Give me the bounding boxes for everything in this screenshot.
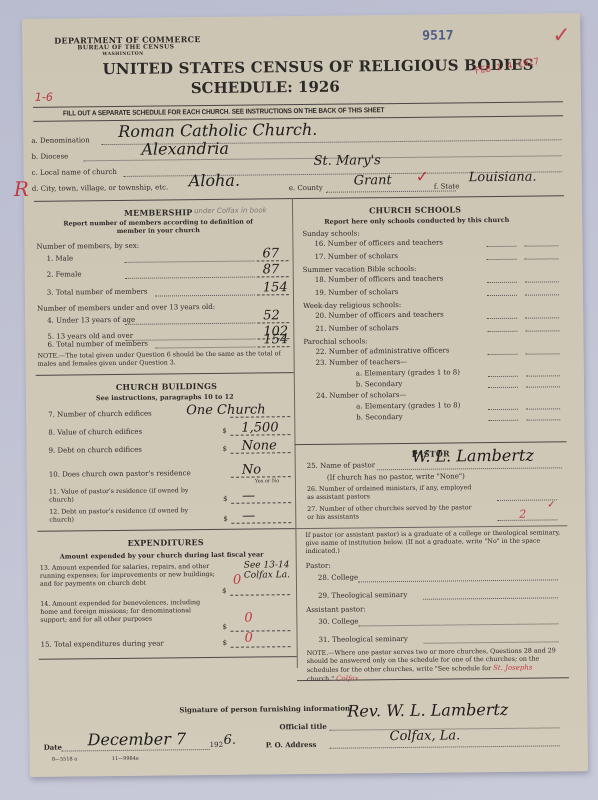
membership-row-label: 6. Total number of members: [47, 340, 148, 349]
buildings-rule: [37, 528, 295, 532]
building-row-label: 7. Number of church edifices: [48, 410, 152, 419]
county-label: e. County: [289, 184, 323, 192]
po-address-line: [330, 745, 560, 748]
school-group-label: Week-day religious schools:: [303, 301, 401, 310]
membership-row-value[interactable]: 52: [263, 308, 280, 323]
expenditure-14-field[interactable]: 0: [244, 611, 252, 626]
membership-heading: MEMBERSHIP: [124, 207, 193, 218]
serial-number: 9517: [422, 28, 453, 43]
school-field-1[interactable]: [487, 331, 517, 332]
membership-row-label: 3. Total number of members: [47, 288, 148, 297]
other-churches-line: [497, 519, 557, 521]
school-row-label: 16. Number of officers and teachers: [314, 239, 443, 248]
date-label: Date: [44, 743, 62, 752]
school-row-label: 22. Number of administrative officers: [316, 346, 450, 355]
school-field-1[interactable]: [487, 282, 517, 283]
other-churches-field[interactable]: 2: [519, 508, 526, 521]
q29-label: 29. Theological seminary: [318, 591, 407, 600]
school-field-1[interactable]: [488, 354, 518, 355]
building-row-dollar: $: [223, 445, 228, 453]
school-group-label: Sunday schools:: [302, 229, 359, 238]
membership-row-leader: [125, 277, 255, 279]
school-rows: Sunday schools:16. Number of officers an…: [22, 13, 580, 19]
school-field-1[interactable]: [487, 295, 517, 296]
expenditures-rule: [39, 656, 297, 660]
building-row-value[interactable]: —: [242, 509, 255, 524]
form-number: 8—5518 a: [52, 756, 78, 762]
q31-label: 31. Theological seminary: [319, 635, 408, 644]
membership-row-label: 2. Female: [47, 270, 82, 278]
denomination-label: a. Denomination: [31, 136, 90, 145]
school-field-2[interactable]: [526, 408, 560, 409]
date-field[interactable]: December 7: [87, 729, 186, 749]
school-row-label: b. Secondary: [356, 380, 403, 388]
expenditure-13-label: 13. Amount expended for salaries, repair…: [40, 563, 215, 589]
expenditure-13-field[interactable]: 0: [233, 573, 241, 588]
school-field-2[interactable]: [525, 294, 559, 295]
margin-mark: 1-6: [35, 91, 53, 104]
expenditure-13-annotation: See 13-14 Colfax La.: [244, 560, 294, 581]
building-row-value[interactable]: No: [242, 462, 261, 477]
expenditure-14-label: 14. Amount expended for benevolences, in…: [40, 599, 215, 625]
pastor-name-label: 25. Name of pastor: [307, 461, 375, 470]
building-row-value[interactable]: One Church: [186, 402, 266, 418]
school-row-label: a. Elementary (grades 1 to 8): [356, 401, 460, 410]
city-label: d. City, town, village, or township, etc…: [32, 183, 168, 192]
state-label: f. State: [434, 182, 460, 190]
school-field-2[interactable]: [525, 317, 559, 318]
building-rows: 7. Number of church edificesOne Church8.…: [22, 13, 580, 19]
school-row-label: 18. Number of officers and teachers: [315, 275, 444, 284]
school-group-label: Parochial schools:: [303, 337, 367, 346]
expenditure-15-field[interactable]: 0: [244, 631, 252, 646]
school-field-2[interactable]: [526, 353, 560, 354]
form-title: UNITED STATES CENSUS OF RELIGIOUS BODIES: [102, 56, 533, 79]
membership-row-leader: [125, 261, 255, 263]
building-row-dollar: $: [223, 495, 228, 503]
form-subtitle: SCHEDULE: 1926: [191, 78, 340, 98]
building-row-value[interactable]: 1,500: [241, 420, 278, 435]
expenditures-intro: Amount expended by your church during la…: [60, 550, 264, 560]
school-field-2[interactable]: [526, 375, 560, 376]
membership-row-label: 4. Under 13 years of age: [47, 316, 135, 325]
school-row-label: b. Secondary: [356, 413, 403, 421]
signature-label: Signature of person furnishing informati…: [179, 704, 350, 715]
school-field-1[interactable]: [488, 409, 518, 410]
year-prefix: 192: [210, 741, 223, 749]
pencil-note: under Colfax in book: [194, 206, 267, 215]
other-churches-check-icon: ✓: [547, 499, 556, 510]
column-divider: [292, 198, 298, 668]
county-check-icon: ✓: [416, 167, 430, 186]
school-row-label: a. Elementary (grades 1 to 8): [356, 368, 460, 377]
building-row-dollar: $: [223, 515, 228, 523]
state-field[interactable]: Louisiana.: [469, 170, 537, 186]
school-row-label: 17. Number of scholars: [315, 252, 399, 261]
pastor-name-field[interactable]: W. L. Lambertz: [412, 446, 534, 466]
school-field-2[interactable]: [526, 386, 560, 387]
school-row-label: 23. Number of teachers—: [316, 358, 408, 367]
school-row-label: 19. Number of scholars: [315, 288, 399, 297]
schools-intro: Report here only schools conducted by th…: [324, 216, 509, 226]
diocese-field[interactable]: Alexandria: [141, 139, 229, 159]
year-field[interactable]: 6.: [224, 733, 237, 748]
by-age-label: Number of members under and over 13 year…: [37, 303, 215, 313]
education-intro: If pastor (or assistant pastor) is a gra…: [305, 529, 563, 556]
pastor-name-hint: (If church has no pastor, write "None"): [327, 472, 465, 481]
q28-label: 28. College: [318, 573, 358, 581]
q30-field[interactable]: [358, 623, 558, 626]
membership-intro: Report number of members according to de…: [48, 218, 268, 236]
review-mark: R: [14, 177, 29, 201]
school-field-2[interactable]: [526, 419, 560, 420]
pastor-rule: [295, 525, 567, 529]
denomination-field[interactable]: Roman Catholic Church.: [118, 120, 317, 141]
membership-row-value[interactable]: 154: [263, 280, 288, 295]
bureau-heading: BUREAU OF THE CENSUS: [77, 43, 174, 51]
school-field-1[interactable]: [487, 318, 517, 319]
city-heading: WASHINGTON: [102, 52, 143, 57]
school-row-label: 20. Number of officers and teachers: [315, 311, 444, 320]
expenditure-15-line: [231, 646, 291, 648]
schools-rule: [295, 441, 567, 445]
school-field-1[interactable]: [486, 246, 516, 247]
buildings-heading: CHURCH BUILDINGS: [116, 381, 217, 392]
school-field-1[interactable]: [488, 376, 518, 377]
school-field-1[interactable]: [488, 387, 518, 388]
building-row-label: 11. Value of pastor's residence (if owne…: [49, 487, 209, 505]
census-schedule-sheet: DEPARTMENT OF COMMERCE BUREAU OF THE CEN…: [22, 13, 588, 777]
building-answer-line: [231, 522, 291, 524]
building-row-label: 10. Does church own pastor's residence: [49, 469, 191, 478]
building-row-label: 9. Debt on church edifices: [49, 446, 142, 455]
q29-field[interactable]: [423, 597, 558, 599]
header-rule-top: [33, 101, 563, 108]
print-code: 11—9984e: [112, 756, 139, 762]
membership-rule: [36, 372, 294, 376]
schools-heading: CHURCH SCHOOLS: [369, 204, 461, 215]
county-field[interactable]: Grant: [354, 173, 392, 188]
pastor-note-fill[interactable]: St. Josephs: [493, 664, 532, 672]
diocese-label: b. Diocese: [31, 152, 68, 160]
expenditure-13-line: [230, 594, 290, 596]
membership-row-leader: [155, 295, 255, 297]
other-churches-label: 27. Number of other churches served by t…: [307, 504, 477, 522]
school-field-2[interactable]: [524, 245, 558, 246]
q31-field[interactable]: [424, 641, 559, 643]
pastor-edu-label: Pastor:: [306, 562, 331, 570]
school-row-label: 21. Number of scholars: [315, 324, 399, 333]
buildings-intro: See instructions, paragraphs 10 to 12: [96, 393, 234, 402]
red-checkmark-icon: ✓: [552, 23, 571, 48]
school-field-1[interactable]: [488, 420, 518, 421]
building-row-value[interactable]: None: [241, 438, 276, 453]
po-address-label: P. O. Address: [266, 740, 317, 750]
school-group-label: Summer vacation Bible schools:: [303, 265, 417, 274]
school-field-2[interactable]: [525, 258, 559, 259]
school-field-2[interactable]: [525, 330, 559, 331]
pastor-name-line: [377, 467, 562, 470]
membership-row-value[interactable]: 154: [263, 332, 288, 347]
po-address-field[interactable]: Colfax, La.: [390, 728, 490, 745]
expenditure-13-dollar: $: [222, 587, 227, 595]
city-field[interactable]: Aloha.: [189, 171, 240, 191]
identification-rule: [34, 195, 564, 202]
q28-field[interactable]: [358, 579, 558, 582]
membership-row-value[interactable]: 87: [263, 262, 280, 277]
membership-rows: 1. Male672. Female873. Total number of m…: [22, 13, 580, 19]
membership-row-leader: [155, 347, 255, 349]
date-line: [62, 749, 210, 752]
local-name-label: c. Local name of church: [32, 168, 117, 177]
membership-row-label: 1. Male: [47, 254, 74, 262]
school-field-1[interactable]: [487, 259, 517, 260]
building-row-value[interactable]: —: [242, 489, 255, 504]
building-answer-line: [231, 502, 291, 504]
assistant-edu-label: Assistant pastor:: [306, 605, 366, 614]
expenditure-15-dollar: $: [223, 639, 228, 647]
building-row-dollar: $: [222, 427, 227, 435]
expenditure-14-line: [230, 630, 290, 632]
q30-label: 30. College: [318, 617, 358, 625]
school-field-2[interactable]: [525, 281, 559, 282]
official-title-label: Official title: [279, 722, 326, 731]
local-name-field[interactable]: St. Mary's: [313, 153, 380, 169]
county-line: [326, 190, 456, 192]
expenditure-15-label: 15. Total expenditures during year: [41, 639, 164, 648]
building-row-label: 12. Debt on pastor's residence (if owned…: [49, 507, 209, 525]
yes-no-hint: Yes or No: [255, 478, 279, 484]
expenditures-heading: EXPENDITURES: [127, 537, 203, 548]
school-row-label: 24. Number of scholars—: [316, 391, 407, 400]
signature-field[interactable]: Rev. W. L. Lambertz: [347, 700, 508, 721]
membership-row-value[interactable]: 67: [262, 246, 279, 261]
membership-row-leader: [125, 323, 255, 325]
instruction-line: FILL OUT A SEPARATE SCHEDULE FOR EACH CH…: [63, 107, 384, 117]
expenditure-14-dollar: $: [222, 623, 227, 631]
building-row-label: 8. Value of church edifices: [48, 428, 142, 437]
assistants-label: 26. Number of ordained ministers, if any…: [307, 484, 477, 502]
by-sex-label: Number of members, by sex:: [36, 242, 139, 251]
membership-note: NOTE.—The total given under Question 6 s…: [38, 350, 288, 369]
